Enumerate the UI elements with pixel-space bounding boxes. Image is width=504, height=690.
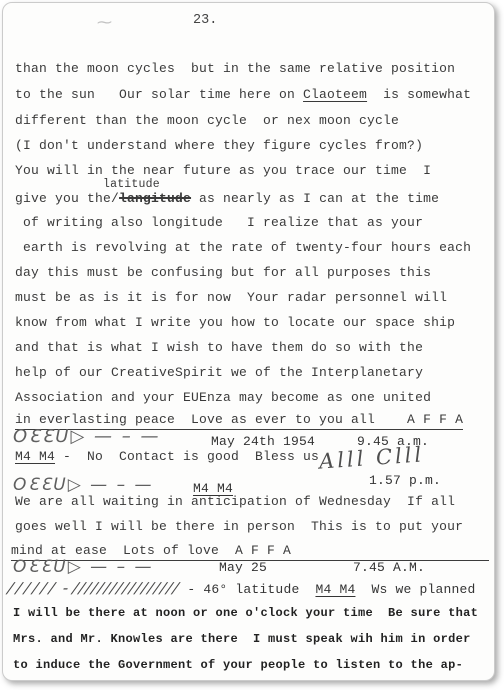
typed-line-21: goes well I will be there in person This… [15, 519, 463, 534]
date-may-25: May 25 [219, 560, 267, 575]
typed-line-26: Mrs. and Mr. Knowles are there I must sp… [13, 632, 471, 646]
typed-line-3: different than the moon cycle or nex moo… [15, 113, 399, 128]
typed-line-9: day this must be confusing but for all p… [15, 265, 431, 280]
typed-line-5: You will in the near future as you trace… [15, 163, 431, 178]
typed-line-12: and that is what I wish to have them do … [15, 340, 423, 355]
typed-line-2: to the sun Our solar time here on Claote… [15, 87, 471, 102]
inserted-word-latitude: latitude [103, 178, 160, 191]
time-745am: 7.45 A.M. [353, 560, 425, 575]
m4-callsign-3: M4 M4 [315, 582, 355, 597]
typed-line-13: help of our CreativeSpirit we of the Int… [15, 365, 423, 380]
typed-line-1: than the moon cycles but in the same rel… [15, 61, 455, 76]
tally-marks-1: ////// [6, 579, 59, 597]
scanned-letter-screenshot: ⁓ 23. than the moon cycles but in the sa… [0, 0, 504, 690]
line2-pre: to the sun Our solar time here on [15, 87, 303, 102]
typed-line-27: to induce the Government of your people … [13, 658, 463, 672]
typed-line-14: Association and your EUEnza may become a… [15, 390, 431, 405]
typed-line-10: must be as is it is for now Your radar p… [15, 290, 447, 305]
handwritten-scribble-2: OƐƐU▷ — – — [13, 475, 154, 495]
m4-callsign: M4 M4 [15, 449, 55, 464]
line2-post: is somewhat [367, 87, 471, 102]
typed-line-m4-contact: M4 M4 - No Contact is good Bless us [15, 449, 319, 464]
handwritten-scribble-3: OƐƐU▷ — – — [13, 557, 154, 577]
typed-line-7: of writing also longitude I realize that… [15, 215, 423, 230]
as-planned-text: Ws we planned [355, 582, 475, 597]
tally-marks-2: ///////////////// [71, 579, 181, 597]
document-page: ⁓ 23. than the moon cycles but in the sa… [2, 2, 495, 681]
latitude-value: - 46° latitude [179, 582, 315, 597]
typed-line-20: We are all waiting in anticipation of We… [15, 494, 455, 509]
m4-contact-text: - No Contact is good Bless us [55, 449, 319, 464]
handwritten-scribble-1: OƐƐU▷ — – — [13, 426, 160, 447]
struckout-word-langitude: langitude [119, 191, 191, 206]
typed-line-25: I will be there at noon or one o'clock y… [13, 606, 478, 620]
typed-line-4: (I don't understand where they figure cy… [15, 138, 423, 153]
typed-line-8: earth is revolving at the rate of twenty… [15, 240, 471, 255]
underlined-word-claoteem: Claoteem [303, 87, 367, 102]
signature-scrawl: Alll Clll [318, 442, 425, 473]
page-number: 23. [193, 13, 217, 28]
tally-latitude-line: ////// - ///////////////// - 46° latitud… [8, 579, 476, 597]
pencil-smudge: ⁓ [97, 13, 112, 31]
typed-line-11: know from what I write you how to locate… [15, 315, 455, 330]
line6-post: as nearly as I can at the time [191, 191, 439, 206]
date-may-24: May 24th 1954 [211, 434, 315, 449]
typed-line-6: latitudegive you the/langitude as nearly… [15, 191, 439, 206]
line6-pre: give you the/ [15, 191, 119, 206]
time-157pm: 1.57 p.m. [369, 473, 441, 488]
